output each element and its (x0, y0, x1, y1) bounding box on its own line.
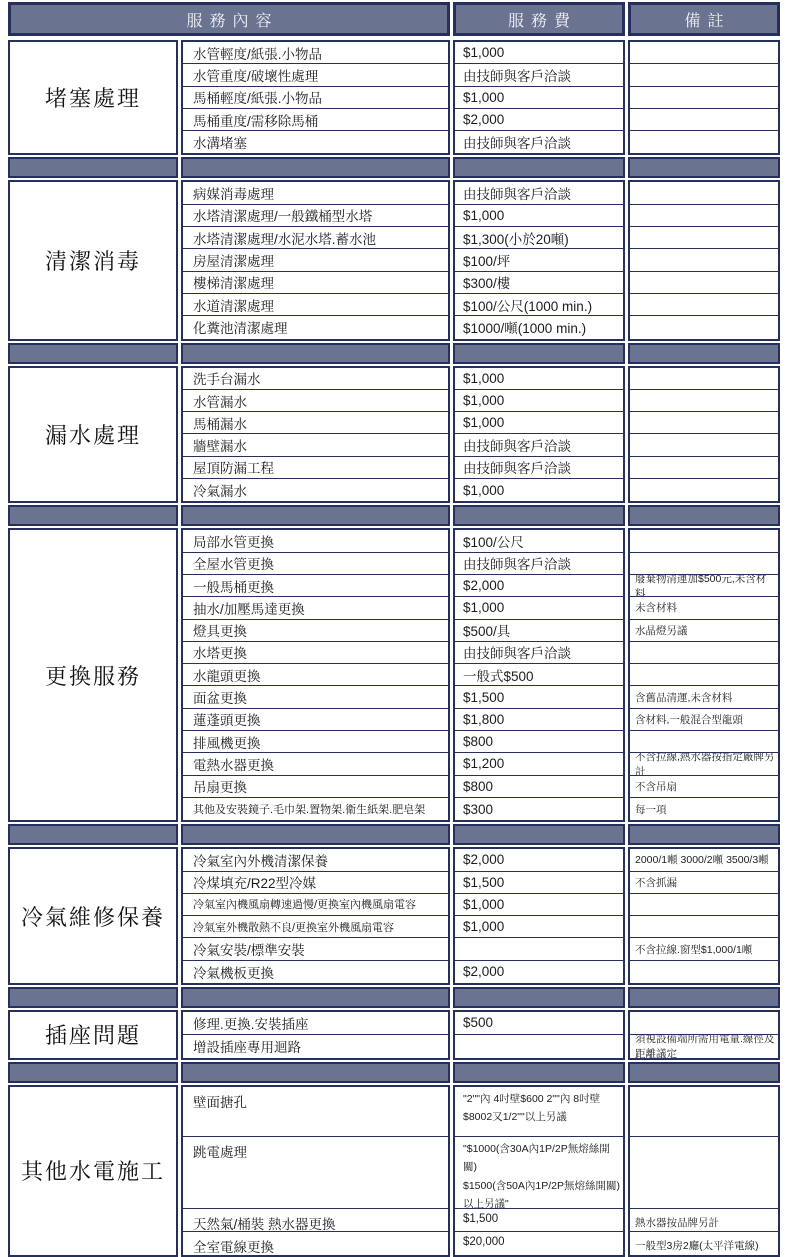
item-cell: 屋頂防漏工程 (183, 457, 448, 479)
note-cell (630, 182, 778, 204)
section-divider-segment (181, 824, 450, 845)
fee-cell: $1000/噸(1000 min.) (455, 316, 623, 338)
section-divider-segment (453, 1062, 625, 1083)
item-cell: 馬桶漏水 (183, 412, 448, 434)
note-cell: 須視設備端所需用電量.線徑及距離議定 (630, 1035, 778, 1058)
fee-column: $100/公尺由技師與客戶洽談$2,000$1,000$500/具由技師與客戶洽… (453, 528, 625, 822)
fee-column: $1,000由技師與客戶洽談$1,000$2,000由技師與客戶洽談 (453, 40, 625, 155)
note-cell (630, 530, 778, 552)
section-5: 插座問題修理.更換.安裝插座增設插座專用迴路$500須視設備端所需用電量.線徑及… (8, 1010, 782, 1060)
item-cell: 洗手台漏水 (183, 368, 448, 390)
fee-cell: $2,000 (455, 575, 623, 597)
fee-cell: $1,000 (455, 87, 623, 109)
note-cell (630, 131, 778, 153)
item-cell: 冷氣室內外機清潔保養 (183, 849, 448, 871)
note-cell: 2000/1噸 3000/2噸 3500/3噸 (630, 849, 778, 871)
note-cell (630, 249, 778, 271)
section-6: 其他水電施工壁面搪孔跳電處理天然氣/桶裝 熱水器更換全室電線更換"2""內 4吋… (8, 1085, 782, 1257)
fee-cell: $1,500 (455, 1209, 623, 1232)
fee-cell: $1,500 (455, 686, 623, 708)
note-column (628, 180, 780, 340)
note-cell (630, 64, 778, 86)
section-divider (8, 987, 782, 1008)
item-column: 病媒消毒處理水塔清潔處理/一般鐵桶型水塔水塔清潔處理/水泥水塔.蓄水池房屋清潔處… (181, 180, 450, 340)
category-cell: 堵塞處理 (8, 40, 178, 155)
note-cell (630, 1012, 778, 1035)
note-cell (630, 294, 778, 316)
note-cell: 熱水器按品牌另計 (630, 1209, 778, 1232)
item-cell: 水塔更換 (183, 642, 448, 664)
note-cell (630, 479, 778, 501)
price-table-page: 服務內容 服務費 備註 堵塞處理水管輕度/紙張.小物品水管重度/破壞性處理馬桶輕… (0, 0, 790, 1257)
fee-cell: $1,000 (455, 412, 623, 434)
item-cell: 天然氣/桶裝 熱水器更換 (183, 1209, 448, 1232)
item-cell: 排風機更換 (183, 731, 448, 753)
item-cell: 修理.更換.安裝插座 (183, 1012, 448, 1035)
section-divider-segment (453, 505, 625, 526)
note-cell: 未含材料 (630, 597, 778, 619)
note-cell (630, 664, 778, 686)
header-service-content: 服務內容 (8, 2, 450, 36)
item-cell: 馬桶輕度/紙張.小物品 (183, 87, 448, 109)
category-cell: 更換服務 (8, 528, 178, 822)
item-column: 局部水管更換全屋水管更換一般馬桶更換抽水/加壓馬達更換燈具更換水塔更換水龍頭更換… (181, 528, 450, 822)
fee-cell: $1,000 (455, 205, 623, 227)
note-cell (630, 368, 778, 390)
section-divider (8, 157, 782, 178)
section-divider-segment (628, 343, 780, 364)
note-cell (630, 1137, 778, 1209)
note-cell: 含材料,一般混合型龍頭 (630, 709, 778, 731)
fee-cell: 由技師與客戶洽談 (455, 553, 623, 575)
item-cell: 房屋清潔處理 (183, 249, 448, 271)
item-column: 洗手台漏水水管漏水馬桶漏水牆壁漏水屋頂防漏工程冷氣漏水 (181, 366, 450, 504)
item-column: 壁面搪孔跳電處理天然氣/桶裝 熱水器更換全室電線更換 (181, 1085, 450, 1257)
item-cell: 增設插座專用迴路 (183, 1035, 448, 1058)
note-cell: 水晶燈另議 (630, 620, 778, 642)
fee-cell: $20,000 (455, 1232, 623, 1255)
note-cell: 每一項 (630, 798, 778, 820)
item-cell: 燈具更換 (183, 620, 448, 642)
note-cell: 不含拉線.窗型$1,000/1噸 (630, 938, 778, 960)
section-0: 堵塞處理水管輕度/紙張.小物品水管重度/破壞性處理馬桶輕度/紙張.小物品馬桶重度… (8, 40, 782, 155)
fee-cell: $500 (455, 1012, 623, 1035)
fee-column: $500 (453, 1010, 625, 1060)
fee-cell: $1,800 (455, 709, 623, 731)
section-divider-segment (181, 157, 450, 178)
note-cell (630, 961, 778, 983)
category-cell: 冷氣維修保養 (8, 847, 178, 985)
item-cell: 壁面搪孔 (183, 1087, 448, 1137)
section-divider (8, 824, 782, 845)
item-cell: 全室電線更換 (183, 1232, 448, 1255)
section-divider-segment (453, 157, 625, 178)
fee-cell: $1,000 (455, 479, 623, 501)
item-cell: 冷氣漏水 (183, 479, 448, 501)
item-column: 修理.更換.安裝插座增設插座專用迴路 (181, 1010, 450, 1060)
header-service-fee: 服務費 (453, 2, 625, 36)
note-cell: 一般型3房2廳(太平洋電線) (630, 1232, 778, 1255)
fee-cell: $2,000 (455, 109, 623, 131)
fee-cell: $2,000 (455, 849, 623, 871)
section-divider-segment (628, 505, 780, 526)
note-cell (630, 642, 778, 664)
item-cell: 水管重度/破壞性處理 (183, 64, 448, 86)
fee-cell: $1,000 (455, 368, 623, 390)
fee-cell: $1,200 (455, 753, 623, 775)
item-cell: 冷氣室內機風扇轉速過慢/更換室內機風扇電容 (183, 894, 448, 916)
section-divider-segment (628, 987, 780, 1008)
note-cell (630, 227, 778, 249)
item-cell: 冷氣機板更換 (183, 961, 448, 983)
fee-cell: $2,000 (455, 961, 623, 983)
item-cell: 病媒消毒處理 (183, 182, 448, 204)
table-body: 堵塞處理水管輕度/紙張.小物品水管重度/破壞性處理馬桶輕度/紙張.小物品馬桶重度… (8, 40, 782, 1257)
section-divider-segment (8, 987, 178, 1008)
item-cell: 樓梯清潔處理 (183, 272, 448, 294)
section-divider-segment (8, 343, 178, 364)
item-cell: 水管漏水 (183, 390, 448, 412)
fee-cell: "$1000(含30A內1P/2P無熔絲開關) $1500(含50A內1P/2P… (455, 1137, 623, 1209)
fee-cell: $300 (455, 798, 623, 820)
item-column: 水管輕度/紙張.小物品水管重度/破壞性處理馬桶輕度/紙張.小物品馬桶重度/需移除… (181, 40, 450, 155)
note-cell (630, 42, 778, 64)
fee-cell: $100/公尺 (455, 530, 623, 552)
section-divider (8, 343, 782, 364)
section-divider-segment (8, 824, 178, 845)
item-cell: 一般馬桶更換 (183, 575, 448, 597)
item-cell: 冷煤填充/R22型冷媒 (183, 872, 448, 894)
note-column: 2000/1噸 3000/2噸 3500/3噸不含抓漏不含拉線.窗型$1,000… (628, 847, 780, 985)
fee-cell: $800 (455, 776, 623, 798)
note-cell (630, 272, 778, 294)
item-cell: 水塔清潔處理/水泥水塔.蓄水池 (183, 227, 448, 249)
fee-column: 由技師與客戶洽談$1,000$1,300(小於20噸)$100/坪$300/樓$… (453, 180, 625, 340)
section-divider-segment (628, 157, 780, 178)
note-column (628, 366, 780, 504)
fee-cell (455, 1035, 623, 1058)
fee-column: $1,000$1,000$1,000由技師與客戶洽談由技師與客戶洽談$1,000 (453, 366, 625, 504)
fee-cell (455, 938, 623, 960)
note-cell: 不含拉線,熱水器按指定廠牌另計 (630, 753, 778, 775)
fee-cell: $1,500 (455, 872, 623, 894)
fee-cell: $1,000 (455, 597, 623, 619)
section-divider-segment (181, 343, 450, 364)
item-cell: 抽水/加壓馬達更換 (183, 597, 448, 619)
section-divider (8, 505, 782, 526)
fee-cell: 由技師與客戶洽談 (455, 64, 623, 86)
note-cell (630, 412, 778, 434)
note-cell (630, 109, 778, 131)
fee-cell: $100/坪 (455, 249, 623, 271)
section-divider (8, 1062, 782, 1083)
fee-cell: $1,000 (455, 894, 623, 916)
section-divider-segment (628, 1062, 780, 1083)
fee-cell: $1,000 (455, 42, 623, 64)
item-cell: 跳電處理 (183, 1137, 448, 1209)
fee-cell: 由技師與客戶洽談 (455, 434, 623, 456)
item-cell: 面盆更換 (183, 686, 448, 708)
item-cell: 電熱水器更換 (183, 753, 448, 775)
section-divider-segment (453, 987, 625, 1008)
item-cell: 冷氣安裝/標準安裝 (183, 938, 448, 960)
section-2: 漏水處理洗手台漏水水管漏水馬桶漏水牆壁漏水屋頂防漏工程冷氣漏水$1,000$1,… (8, 366, 782, 504)
section-divider-segment (453, 343, 625, 364)
fee-cell: $1,300(小於20噸) (455, 227, 623, 249)
item-cell: 化糞池清潔處理 (183, 316, 448, 338)
category-cell: 清潔消毒 (8, 180, 178, 340)
category-cell: 插座問題 (8, 1010, 178, 1060)
item-cell: 馬桶重度/需移除馬桶 (183, 109, 448, 131)
item-cell: 牆壁漏水 (183, 434, 448, 456)
item-cell: 局部水管更換 (183, 530, 448, 552)
item-cell: 水塔清潔處理/一般鐵桶型水塔 (183, 205, 448, 227)
note-cell (630, 916, 778, 938)
item-cell: 吊扇更換 (183, 776, 448, 798)
fee-column: "2""內 4吋壁$600 2""內 8吋壁 $8002又1/2""以上另議"$… (453, 1085, 625, 1257)
note-column: 廢棄物清運加$500元,未含材料未含材料水晶燈另議含舊品清運,未含材料含材料,一… (628, 528, 780, 822)
note-cell (630, 390, 778, 412)
category-cell: 漏水處理 (8, 366, 178, 504)
fee-cell: 一般式$500 (455, 664, 623, 686)
item-cell: 全屋水管更換 (183, 553, 448, 575)
item-cell: 水管輕度/紙張.小物品 (183, 42, 448, 64)
section-4: 冷氣維修保養冷氣室內外機清潔保養冷煤填充/R22型冷媒冷氣室內機風扇轉速過慢/更… (8, 847, 782, 985)
fee-cell: $100/公尺(1000 min.) (455, 294, 623, 316)
fee-cell: $1,000 (455, 916, 623, 938)
note-cell: 廢棄物清運加$500元,未含材料 (630, 575, 778, 597)
section-divider-segment (181, 505, 450, 526)
note-cell: 不含吊扇 (630, 776, 778, 798)
note-cell (630, 457, 778, 479)
note-cell (630, 894, 778, 916)
item-cell: 水溝堵塞 (183, 131, 448, 153)
note-cell: 不含抓漏 (630, 872, 778, 894)
note-cell (630, 434, 778, 456)
fee-cell: $500/具 (455, 620, 623, 642)
item-cell: 水道清潔處理 (183, 294, 448, 316)
note-column: 熱水器按品牌另計一般型3房2廳(太平洋電線) (628, 1085, 780, 1257)
section-3: 更換服務局部水管更換全屋水管更換一般馬桶更換抽水/加壓馬達更換燈具更換水塔更換水… (8, 528, 782, 822)
table-header-row: 服務內容 服務費 備註 (8, 2, 782, 36)
note-cell (630, 1087, 778, 1137)
fee-cell: 由技師與客戶洽談 (455, 457, 623, 479)
section-divider-segment (181, 987, 450, 1008)
note-column (628, 40, 780, 155)
note-cell (630, 316, 778, 338)
fee-cell: 由技師與客戶洽談 (455, 642, 623, 664)
fee-cell: $1,000 (455, 390, 623, 412)
item-cell: 水龍頭更換 (183, 664, 448, 686)
fee-cell: 由技師與客戶洽談 (455, 182, 623, 204)
fee-cell: 由技師與客戶洽談 (455, 131, 623, 153)
fee-cell: "2""內 4吋壁$600 2""內 8吋壁 $8002又1/2""以上另議 (455, 1087, 623, 1137)
note-cell (630, 87, 778, 109)
category-cell: 其他水電施工 (8, 1085, 178, 1257)
note-column: 須視設備端所需用電量.線徑及距離議定 (628, 1010, 780, 1060)
fee-column: $2,000$1,500$1,000$1,000$2,000 (453, 847, 625, 985)
item-cell: 蓮蓬頭更換 (183, 709, 448, 731)
section-divider-segment (181, 1062, 450, 1083)
item-column: 冷氣室內外機清潔保養冷煤填充/R22型冷媒冷氣室內機風扇轉速過慢/更換室內機風扇… (181, 847, 450, 985)
fee-cell: $300/樓 (455, 272, 623, 294)
section-1: 清潔消毒病媒消毒處理水塔清潔處理/一般鐵桶型水塔水塔清潔處理/水泥水塔.蓄水池房… (8, 180, 782, 340)
item-cell: 其他及安裝鏡子.毛巾架.置物架.衛生紙架.肥皂架 (183, 798, 448, 820)
note-cell: 含舊品清運,未含材料 (630, 686, 778, 708)
note-cell (630, 205, 778, 227)
section-divider-segment (628, 824, 780, 845)
section-divider-segment (453, 824, 625, 845)
fee-cell: $800 (455, 731, 623, 753)
section-divider-segment (8, 1062, 178, 1083)
section-divider-segment (8, 505, 178, 526)
note-cell (630, 553, 778, 575)
item-cell: 冷氣室外機散熱不良/更換室外機風扇電容 (183, 916, 448, 938)
section-divider-segment (8, 157, 178, 178)
note-cell (630, 731, 778, 753)
header-remarks: 備註 (628, 2, 780, 36)
